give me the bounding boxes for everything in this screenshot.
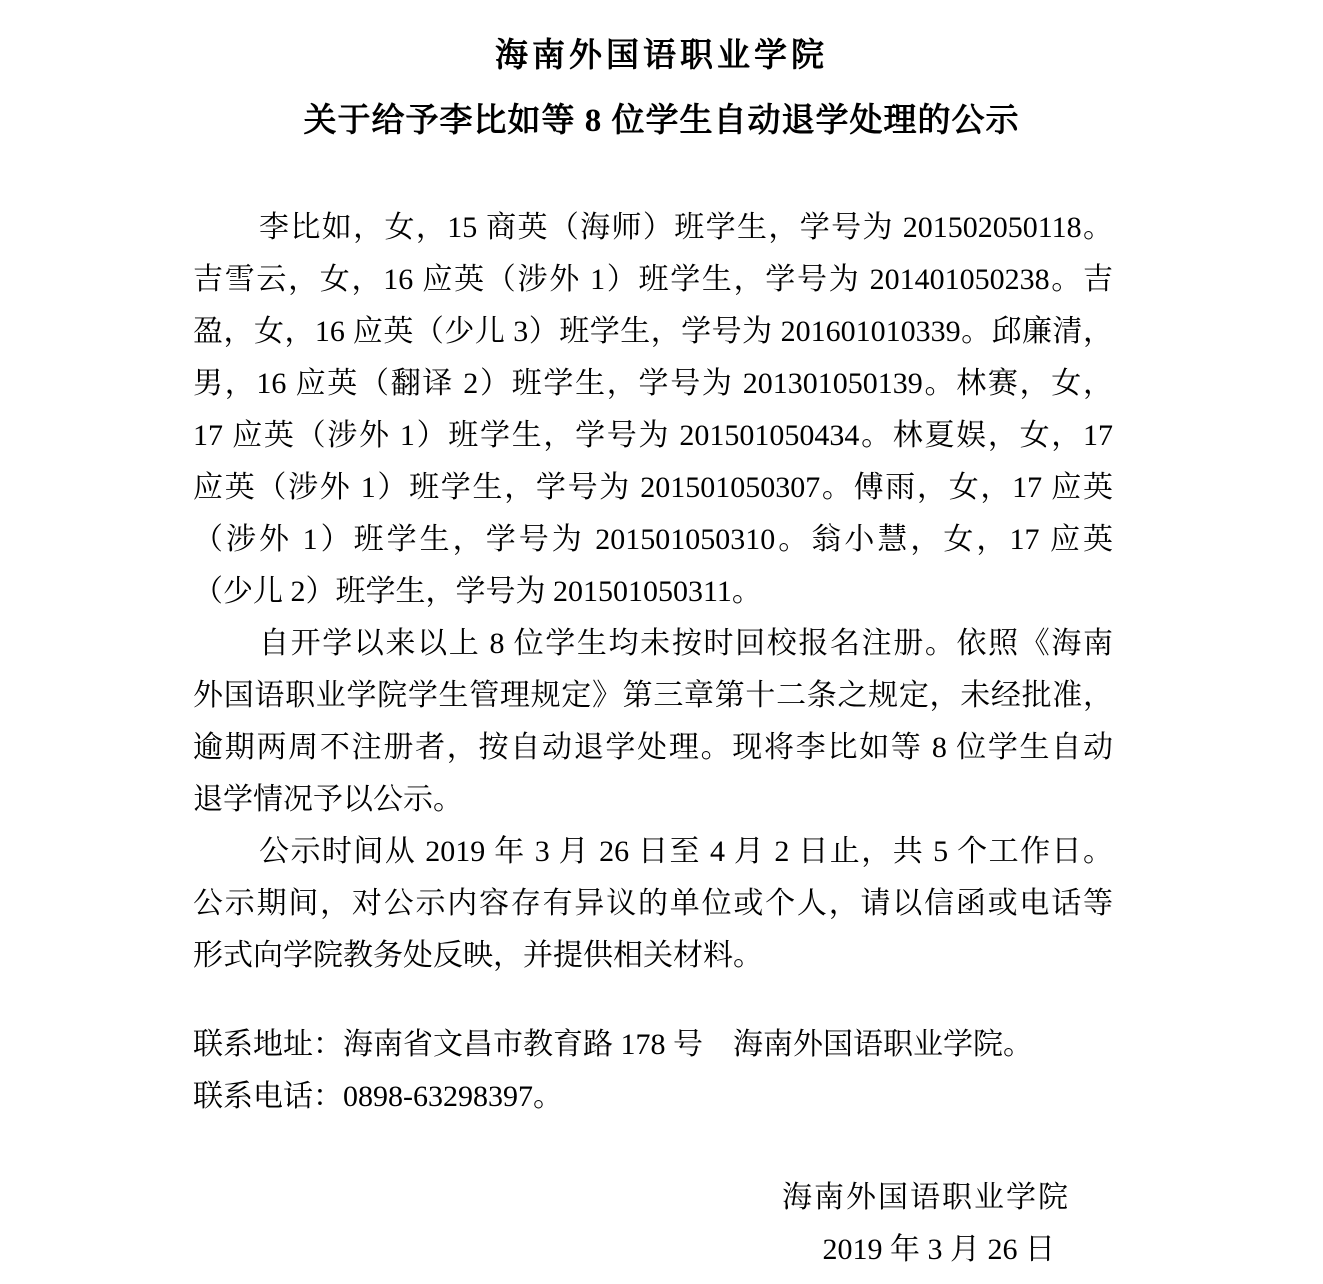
text-line: 应英（涉外 1）班学生，学号为 201501050307。傅雨，女，17 应英 [193, 462, 1113, 514]
text-line: 盈，女，16 应英（少儿 3）班学生，学号为 201601010339。邱廉清， [193, 306, 1113, 358]
text-line: 公示期间，对公示内容存有异议的单位或个人，请以信函或电话等 [193, 878, 1113, 930]
contact-block: 联系地址：海南省文昌市教育路 178 号 海南外国语职业学院。 联系电话：089… [193, 1019, 1113, 1123]
paragraph: 李比如，女，15 商英（海师）班学生，学号为 201502050118。吉雪云，… [193, 202, 1113, 618]
text-line: 形式向学院教务处反映，并提供相关材料。 [193, 930, 1113, 982]
paragraph: 自开学以来以上 8 位学生均未按时回校报名注册。依照《海南外国语职业学院学生管理… [193, 618, 1113, 826]
text-line: （少儿 2）班学生，学号为 201501050311。 [193, 566, 1113, 618]
text-line: 自开学以来以上 8 位学生均未按时回校报名注册。依照《海南 [193, 618, 1113, 670]
text-line: 逾期两周不注册者，按自动退学处理。现将李比如等 8 位学生自动 [193, 722, 1113, 774]
signature-date: 2019 年 3 月 26 日 [193, 1224, 1113, 1276]
document-content: 李比如，女，15 商英（海师）班学生，学号为 201502050118。吉雪云，… [193, 202, 1113, 1276]
document-subtitle: 关于给予李比如等 8 位学生自动退学处理的公示 [0, 99, 1323, 143]
contact-address-line: 联系地址：海南省文昌市教育路 178 号 海南外国语职业学院。 [193, 1019, 1113, 1071]
signature-org: 海南外国语职业学院 [193, 1172, 1113, 1224]
text-line: （涉外 1）班学生，学号为 201501050310。翁小慧，女，17 应英 [193, 514, 1113, 566]
document-title: 海南外国语职业学院 [0, 34, 1323, 78]
text-line: 外国语职业学院学生管理规定》第三章第十二条之规定，未经批准， [193, 670, 1113, 722]
document-page: 海南外国语职业学院 关于给予李比如等 8 位学生自动退学处理的公示 李比如，女，… [0, 0, 1323, 1284]
text-line: 17 应英（涉外 1）班学生，学号为 201501050434。林夏娱，女，17 [193, 410, 1113, 462]
text-line: 退学情况予以公示。 [193, 774, 1113, 826]
document-body: 李比如，女，15 商英（海师）班学生，学号为 201502050118。吉雪云，… [193, 202, 1113, 982]
text-line: 吉雪云，女，16 应英（涉外 1）班学生，学号为 201401050238。吉 [193, 254, 1113, 306]
contact-phone-line: 联系电话：0898-63298397。 [193, 1071, 1113, 1123]
text-line: 男，16 应英（翻译 2）班学生，学号为 201301050139。林赛，女， [193, 358, 1113, 410]
signature-block: 海南外国语职业学院 2019 年 3 月 26 日 [193, 1172, 1113, 1276]
text-line: 李比如，女，15 商英（海师）班学生，学号为 201502050118。 [193, 202, 1113, 254]
text-line: 公示时间从 2019 年 3 月 26 日至 4 月 2 日止，共 5 个工作日… [193, 826, 1113, 878]
paragraph: 公示时间从 2019 年 3 月 26 日至 4 月 2 日止，共 5 个工作日… [193, 826, 1113, 982]
